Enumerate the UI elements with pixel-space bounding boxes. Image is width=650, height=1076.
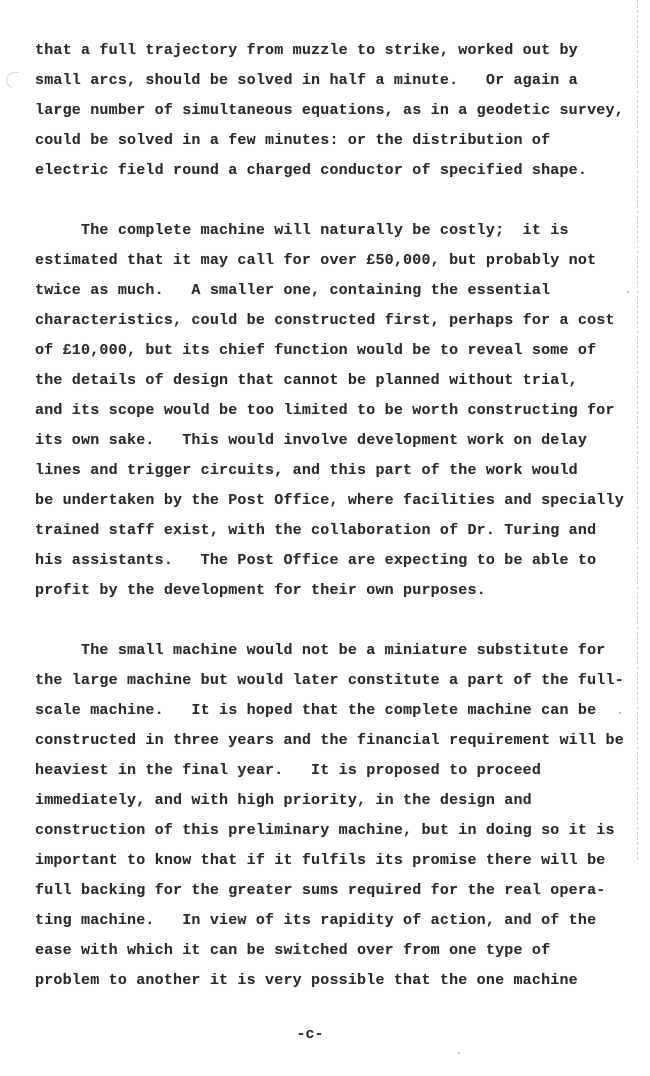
page-number: -c-: [0, 1026, 620, 1043]
text-line: and its scope would be too limited to be…: [35, 396, 630, 426]
text-line: scale machine. It is hoped that the comp…: [35, 696, 630, 726]
text-line: be undertaken by the Post Office, where …: [35, 486, 630, 516]
text-line: The small machine would not be a miniatu…: [35, 636, 630, 666]
text-line: his assistants. The Post Office are expe…: [35, 546, 630, 576]
scan-edge-artifact: [637, 0, 638, 860]
scan-speck: [458, 1052, 460, 1054]
text-line: The complete machine will naturally be c…: [35, 216, 630, 246]
text-line: construction of this preliminary machine…: [35, 816, 630, 846]
text-line: heaviest in the final year. It is propos…: [35, 756, 630, 786]
document-body: that a full trajectory from muzzle to st…: [35, 36, 630, 1026]
text-line: the details of design that cannot be pla…: [35, 366, 630, 396]
text-line: problem to another it is very possible t…: [35, 966, 630, 996]
text-line: the large machine but would later consti…: [35, 666, 630, 696]
text-line: immediately, and with high priority, in …: [35, 786, 630, 816]
text-line: profit by the development for their own …: [35, 576, 630, 606]
text-line: ease with which it can be switched over …: [35, 936, 630, 966]
text-line: characteristics, could be constructed fi…: [35, 306, 630, 336]
paragraph: The small machine would not be a miniatu…: [35, 636, 630, 996]
text-line: important to know that if it fulfils its…: [35, 846, 630, 876]
text-line: large number of simultaneous equations, …: [35, 96, 630, 126]
scan-smudge: [3, 69, 26, 91]
text-line: of £10,000, but its chief function would…: [35, 336, 630, 366]
text-line: constructed in three years and the finan…: [35, 726, 630, 756]
text-line: small arcs, should be solved in half a m…: [35, 66, 630, 96]
text-line: twice as much. A smaller one, containing…: [35, 276, 630, 306]
text-line: could be solved in a few minutes: or the…: [35, 126, 630, 156]
text-line: ting machine. In view of its rapidity of…: [35, 906, 630, 936]
text-line: electric field round a charged conductor…: [35, 156, 630, 186]
text-line: that a full trajectory from muzzle to st…: [35, 36, 630, 66]
text-line: full backing for the greater sums requir…: [35, 876, 630, 906]
document-page: that a full trajectory from muzzle to st…: [0, 0, 650, 1076]
paragraph: that a full trajectory from muzzle to st…: [35, 36, 630, 186]
text-line: estimated that it may call for over £50,…: [35, 246, 630, 276]
paragraph: The complete machine will naturally be c…: [35, 216, 630, 606]
text-line: trained staff exist, with the collaborat…: [35, 516, 630, 546]
text-line: lines and trigger circuits, and this par…: [35, 456, 630, 486]
text-line: its own sake. This would involve develop…: [35, 426, 630, 456]
